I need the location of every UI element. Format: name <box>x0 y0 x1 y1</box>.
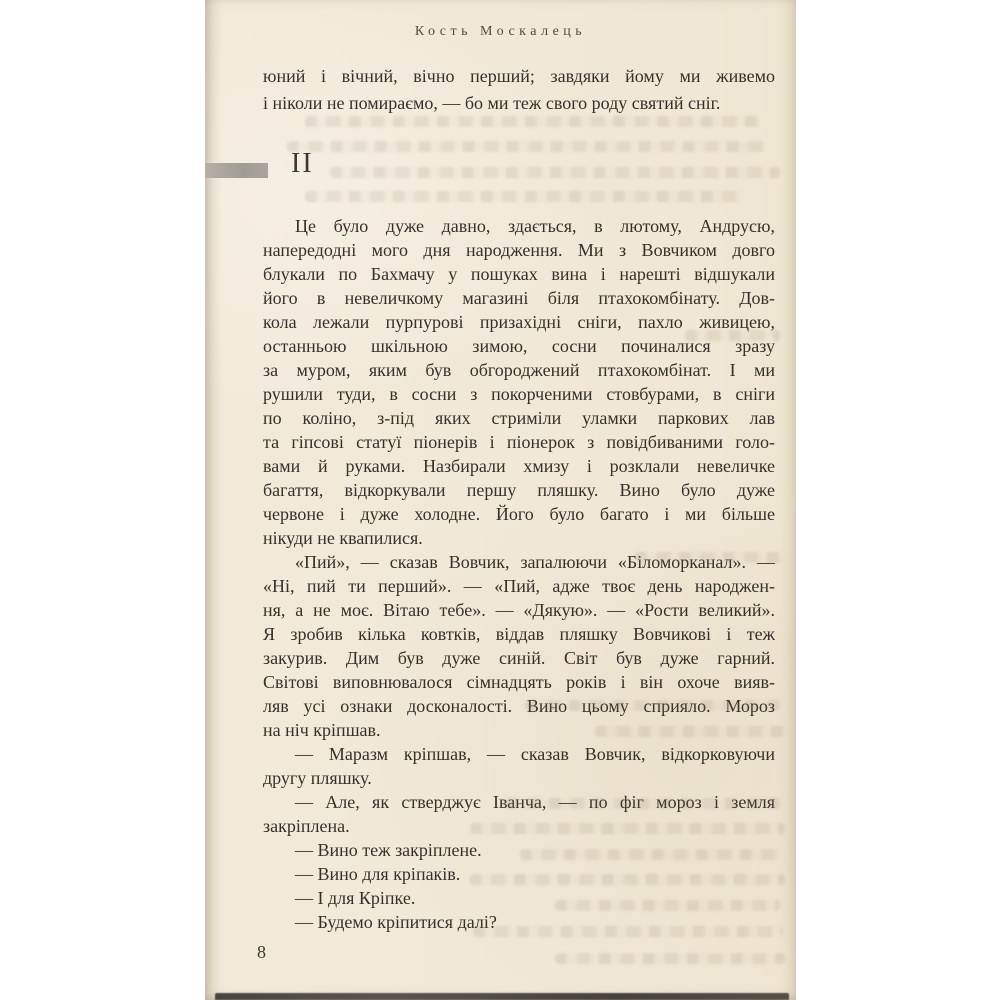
text-line: та гіпсові статуї піонерів і піонерок з … <box>263 430 775 454</box>
text-line: його в невеличкому магазині біля птахоко… <box>263 286 775 310</box>
bleedthrough-text <box>555 900 780 911</box>
bleedthrough-text <box>305 116 760 127</box>
text-line: закурив. Дим був дуже синій. Світ був ду… <box>263 646 775 670</box>
bleedthrough-text <box>505 798 780 809</box>
text-line: рушили туди, в сосни з покорченими стовб… <box>263 382 775 406</box>
text-line: червоне і дуже холодне. Його було багато… <box>263 502 775 526</box>
book-scan: Кость Москалець юний і вічний, вічно пер… <box>0 0 1000 1000</box>
scan-bottom-edge <box>215 993 789 1000</box>
text-line: напередодні мого дня народження. Ми з Во… <box>263 238 775 262</box>
text-line: — Маразм кріпшав, — сказав Вовчик, відко… <box>263 742 775 766</box>
book-page: Кость Москалець юний і вічний, вічно пер… <box>205 0 796 1000</box>
bleedthrough-text <box>635 552 785 563</box>
text-line: багаття, відкоркували першу пляшку. Вино… <box>263 478 775 502</box>
text-line: за муром, яким був обгороджений птахоком… <box>263 358 775 382</box>
bleedthrough-text <box>520 849 780 860</box>
text-line: «Ні, пий ти перший». — «Пий, адже твоє д… <box>263 574 775 598</box>
bleedthrough-text <box>685 330 780 341</box>
bleedthrough-text <box>525 700 780 711</box>
text-line: другу пляшку. <box>263 766 775 790</box>
section-heading: II <box>291 148 314 180</box>
text-line: ня, а не моє. Вітаю тебе». — «Дякую». — … <box>263 598 775 622</box>
bleedthrough-text <box>470 823 785 834</box>
text-line: і ніколи не помираємо, — бо ми теж свого… <box>263 90 775 117</box>
page-number: 8 <box>257 942 266 963</box>
opening-paragraph: юний і вічний, вічно перший; завдяки йом… <box>263 63 775 117</box>
text-line: вами й руками. Назбирали хмизу і розклал… <box>263 454 775 478</box>
bleedthrough-text <box>555 953 785 964</box>
bleedthrough-text <box>595 726 785 737</box>
text-line: по коліно, з-під яких стриміли уламки па… <box>263 406 775 430</box>
text-line: Це було дуже давно, здається, в лютому, … <box>263 214 775 238</box>
running-header: Кость Москалець <box>205 24 796 40</box>
bleedthrough-text <box>305 191 745 202</box>
text-line: блукали по Бахмачу у пошуках вина і наре… <box>263 262 775 286</box>
bleedthrough-text <box>330 167 780 178</box>
text-line: юний і вічний, вічно перший; завдяки йом… <box>263 63 775 90</box>
bleedthrough-text <box>473 926 783 937</box>
bleedthrough-text <box>470 874 785 885</box>
text-line: Світові виповнювалося сімнадцять років і… <box>263 670 775 694</box>
section-marker-bar <box>205 163 268 178</box>
bleedthrough-text <box>287 141 767 152</box>
text-line: Я зробив кілька ковтків, віддав пляшку В… <box>263 622 775 646</box>
text-line: нікуди не квапилися. <box>263 526 775 550</box>
